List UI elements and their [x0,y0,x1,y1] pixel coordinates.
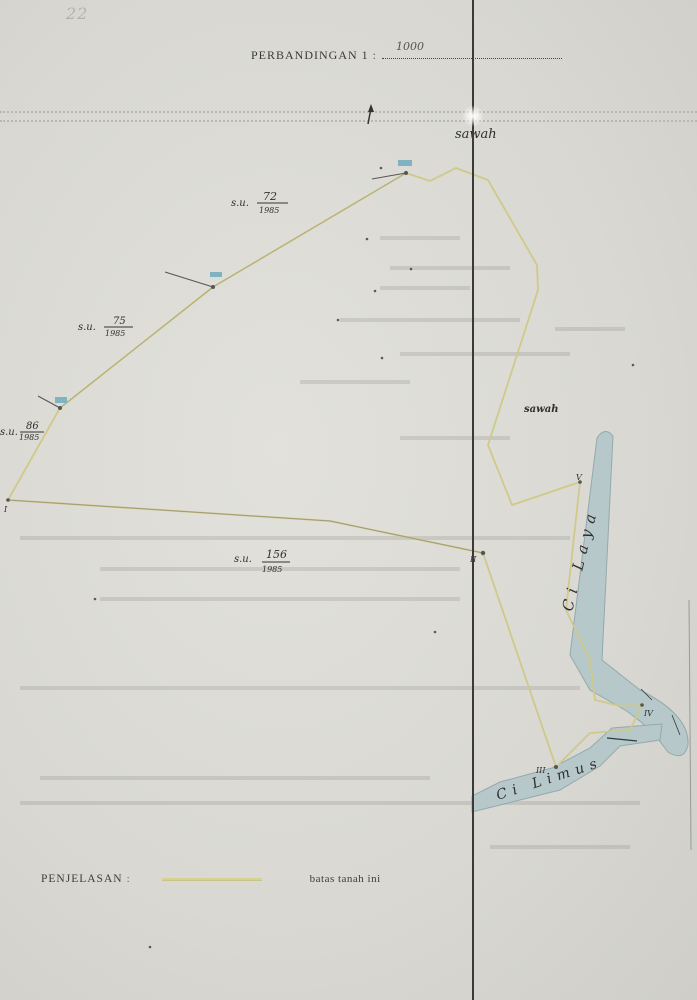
svg-text:s.u.: s.u. [234,554,252,565]
label-sawah-top: sawah [455,127,497,142]
light-glare [462,105,484,127]
bleed-through-text [20,236,640,849]
svg-text:V: V [576,473,583,482]
svg-text:156: 156 [266,548,287,561]
north-arrow-icon [368,104,374,124]
legend-colon: : [127,873,130,885]
svg-text:1985: 1985 [105,329,125,338]
boundary-ties [38,173,406,408]
label-sawah-right: sawah [524,404,558,415]
parcel-label-86: s.u. 86 1985 [0,421,44,442]
river-cilaya-shape [570,431,688,755]
right-edge-line [689,600,691,850]
svg-text:86: 86 [26,421,39,432]
corner-points [6,171,644,769]
svg-text:1985: 1985 [262,565,282,574]
legend: PENJELASAN : batas tanah ini [41,873,381,885]
legend-swatch-boundary [162,878,262,881]
survey-map-sheet: 22 PERBANDINGAN 1 : 1000 [0,0,697,1000]
svg-text:1985: 1985 [19,433,39,442]
svg-text:72: 72 [263,190,277,203]
parcel-label-75: s.u. 75 1985 [78,316,133,338]
svg-text:IV: IV [643,709,654,718]
legend-label-boundary: batas tanah ini [310,873,381,885]
parcel-boundary [8,168,642,767]
svg-text:s.u.: s.u. [0,427,18,438]
svg-text:I: I [3,505,8,514]
parcel-label-72: s.u. 72 1985 [231,190,288,215]
svg-text:75: 75 [113,316,126,327]
stray-dots [94,167,635,949]
svg-text:s.u.: s.u. [231,198,249,209]
map-canvas: I II III IV V sawah sawah s.u. 72 1985 s… [0,0,697,1000]
fold-line [472,0,474,1000]
svg-text:s.u.: s.u. [78,322,96,333]
legend-title: PENJELASAN [41,873,123,885]
corner-numerals: I II III IV V [3,473,654,775]
corner-marker-flags [55,160,412,403]
svg-text:1985: 1985 [259,206,279,215]
